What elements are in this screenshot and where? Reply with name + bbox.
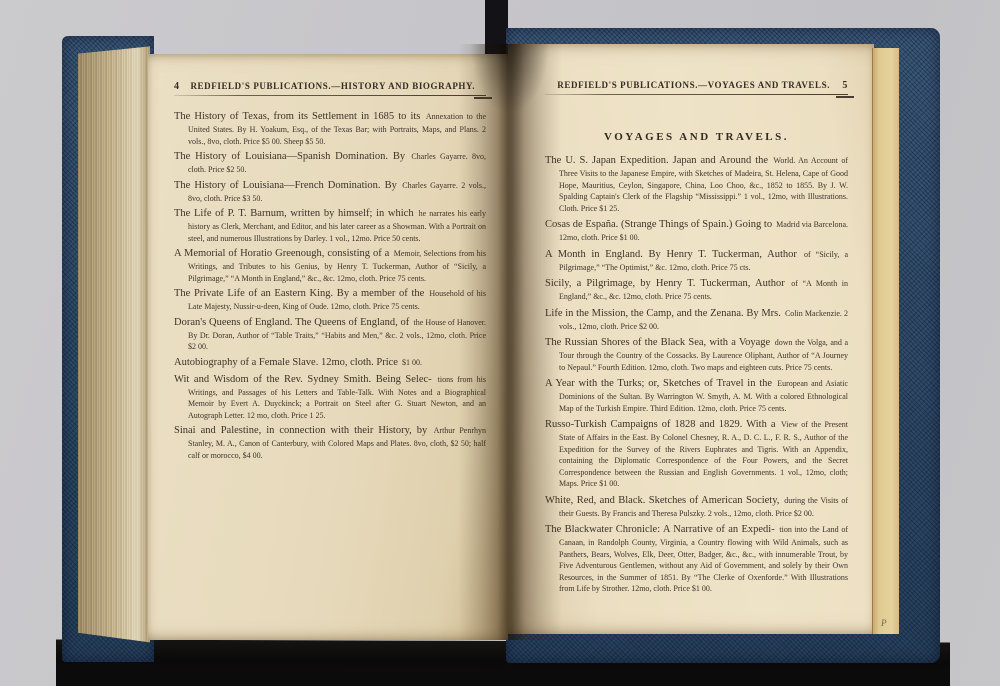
entry-title: Russo-Turkish Campaigns of 1828 and 1829…	[545, 419, 776, 430]
right-header-text: REDFIELD'S PUBLICATIONS.—VOYAGES AND TRA…	[545, 80, 842, 90]
catalog-entry: The Blackwater Chronicle: A Narrative of…	[545, 523, 848, 594]
catalog-entry: Russo-Turkish Campaigns of 1828 and 1829…	[545, 418, 848, 489]
catalog-entry: The History of Louisiana—Spanish Dominat…	[174, 150, 486, 175]
catalog-entry: A Month in England. By Henry T. Tuckerma…	[545, 248, 848, 273]
catalog-entry: The History of Louisiana—French Dominati…	[174, 179, 486, 204]
left-entry-list: The History of Texas, from its Settlemen…	[174, 110, 486, 460]
catalog-entry: A Year with the Turks; or, Sketches of T…	[545, 377, 848, 413]
entry-title: Cosas de España. (Strange Things of Spai…	[545, 219, 772, 230]
book-photograph: { "scene": { "background_color": "#c6c5c…	[0, 0, 1000, 686]
catalog-entry: Autobiography of a Female Slave. 12mo, c…	[174, 356, 486, 369]
header-rule	[545, 94, 848, 95]
catalog-entry: The U. S. Japan Expedition. Japan and Ar…	[545, 154, 848, 213]
header-rule-dash	[836, 96, 854, 98]
entry-title: Wit and Wisdom of the Rev. Sydney Smith.…	[174, 374, 432, 385]
entry-title: Life in the Mission, the Camp, and the Z…	[545, 308, 781, 319]
catalog-entry: Cosas de España. (Strange Things of Spai…	[545, 218, 848, 243]
section-title: VOYAGES AND TRAVELS.	[545, 131, 848, 143]
entry-details: tion into the Land of Canaan, in Randolp…	[559, 525, 848, 593]
entry-title: Autobiography of a Female Slave. 12mo, c…	[174, 357, 398, 368]
entry-title: White, Red, and Black. Sketches of Ameri…	[545, 495, 779, 506]
fore-edge-right: P	[872, 48, 899, 634]
right-page-number: 5	[842, 80, 848, 91]
catalog-entry: Sinai and Palestine, in connection with …	[174, 424, 486, 460]
left-page: 4 REDFIELD'S PUBLICATIONS.—HISTORY AND B…	[148, 54, 508, 640]
catalog-entry: White, Red, and Black. Sketches of Ameri…	[545, 494, 848, 519]
right-running-head: REDFIELD'S PUBLICATIONS.—VOYAGES AND TRA…	[545, 80, 848, 91]
pencil-mark: P	[881, 618, 887, 628]
page-stack-edge-left	[78, 44, 150, 646]
entry-title: Doran's Queens of England. The Queens of…	[174, 317, 409, 328]
catalog-entry: The Life of P. T. Barnum, written by him…	[174, 207, 486, 243]
header-rule	[174, 95, 486, 96]
catalog-entry: The Russian Shores of the Black Sea, wit…	[545, 336, 848, 372]
right-page: REDFIELD'S PUBLICATIONS.—VOYAGES AND TRA…	[508, 44, 874, 634]
entry-title: The Private Life of an Eastern King. By …	[174, 288, 424, 299]
catalog-entry: Sicily, a Pilgrimage, by Henry T. Tucker…	[545, 277, 848, 302]
entry-title: A Memorial of Horatio Greenough, consist…	[174, 248, 389, 259]
entry-title: The History of Texas, from its Settlemen…	[174, 111, 420, 122]
entry-title: Sinai and Palestine, in connection with …	[174, 425, 427, 436]
catalog-entry: The History of Texas, from its Settlemen…	[174, 110, 486, 146]
entry-title: The History of Louisiana—Spanish Dominat…	[174, 151, 405, 162]
catalog-entry: Life in the Mission, the Camp, and the Z…	[545, 307, 848, 332]
entry-title: A Year with the Turks; or, Sketches of T…	[545, 378, 772, 389]
entry-title: The History of Louisiana—French Dominati…	[174, 180, 397, 191]
left-header-text: REDFIELD'S PUBLICATIONS.—HISTORY AND BIO…	[180, 81, 486, 91]
entry-details: $1 00.	[402, 358, 422, 367]
catalog-entry: The Private Life of an Eastern King. By …	[174, 287, 486, 312]
catalog-entry: A Memorial of Horatio Greenough, consist…	[174, 247, 486, 283]
entry-title: The U. S. Japan Expedition. Japan and Ar…	[545, 155, 768, 166]
catalog-entry: Wit and Wisdom of the Rev. Sydney Smith.…	[174, 373, 486, 421]
header-rule-dash	[474, 97, 492, 99]
entry-title: A Month in England. By Henry T. Tuckerma…	[545, 249, 797, 260]
entry-title: Sicily, a Pilgrimage, by Henry T. Tucker…	[545, 278, 785, 289]
entry-title: The Blackwater Chronicle: A Narrative of…	[545, 524, 775, 535]
catalog-entry: Doran's Queens of England. The Queens of…	[174, 316, 486, 352]
entry-title: The Life of P. T. Barnum, written by him…	[174, 208, 414, 219]
entry-details: View of the Present State of Affairs in …	[559, 420, 848, 488]
right-entry-list: The U. S. Japan Expedition. Japan and Ar…	[545, 154, 848, 594]
left-running-head: 4 REDFIELD'S PUBLICATIONS.—HISTORY AND B…	[174, 81, 486, 92]
entry-title: The Russian Shores of the Black Sea, wit…	[545, 337, 770, 348]
